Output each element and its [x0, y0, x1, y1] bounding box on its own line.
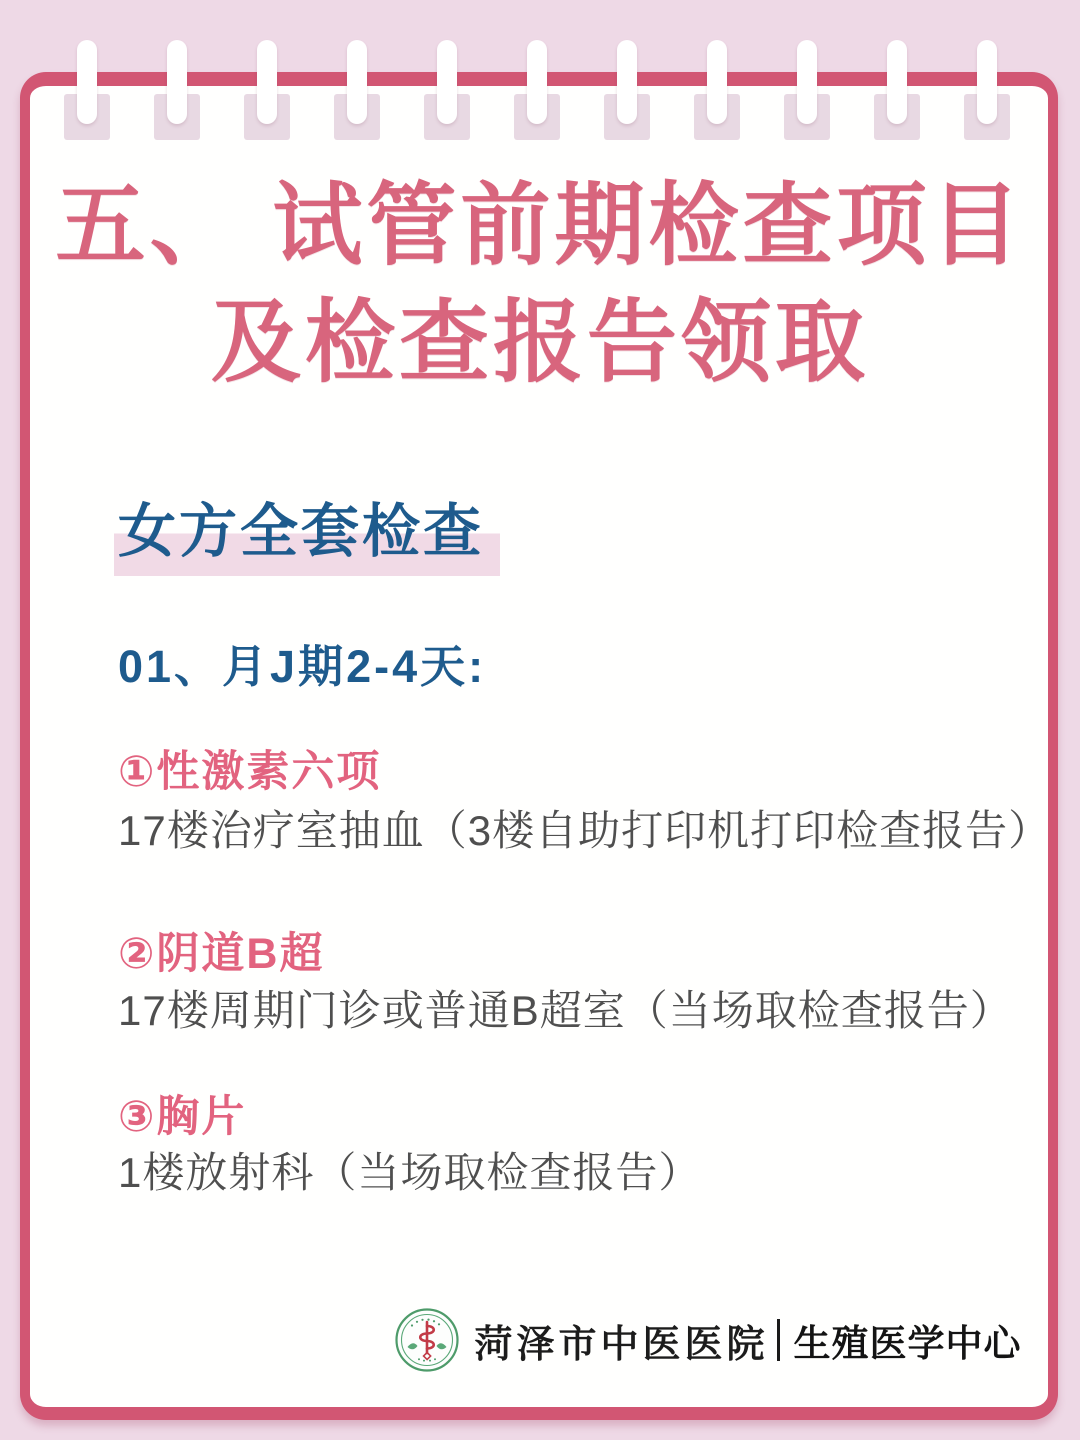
footer-divider [777, 1319, 780, 1361]
item-3-label: ③胸片 [118, 1083, 246, 1144]
item-2-description: 17楼周期门诊或普通B超室（当场取检查报告） [118, 978, 1013, 1038]
section-heading: 女方全套检查 [114, 484, 500, 576]
item-1-description: 17楼治疗室抽血（3楼自助打印机打印检查报告） [118, 798, 1051, 858]
item-2-label: ②阴道B超 [118, 920, 324, 981]
item-1-label: ①性激素六项 [118, 738, 381, 799]
hospital-logo-icon [394, 1307, 460, 1373]
step-label: 01、月J期2-4天: [118, 630, 486, 695]
footer: 菏泽市中医医院 生殖医学中心 [168, 1300, 1080, 1380]
item-3-description: 1楼放射科（当场取检查报告） [118, 1140, 701, 1200]
page-title-line2: 及检查报告领取 [0, 285, 1080, 402]
page-title: 五、 试管前期检查项目 及检查报告领取 [0, 168, 1080, 402]
department-name: 生殖医学中心 [794, 1313, 1022, 1367]
page-title-line1: 五、 试管前期检查项目 [0, 168, 1080, 285]
hospital-name: 菏泽市中医医院 [474, 1313, 768, 1368]
